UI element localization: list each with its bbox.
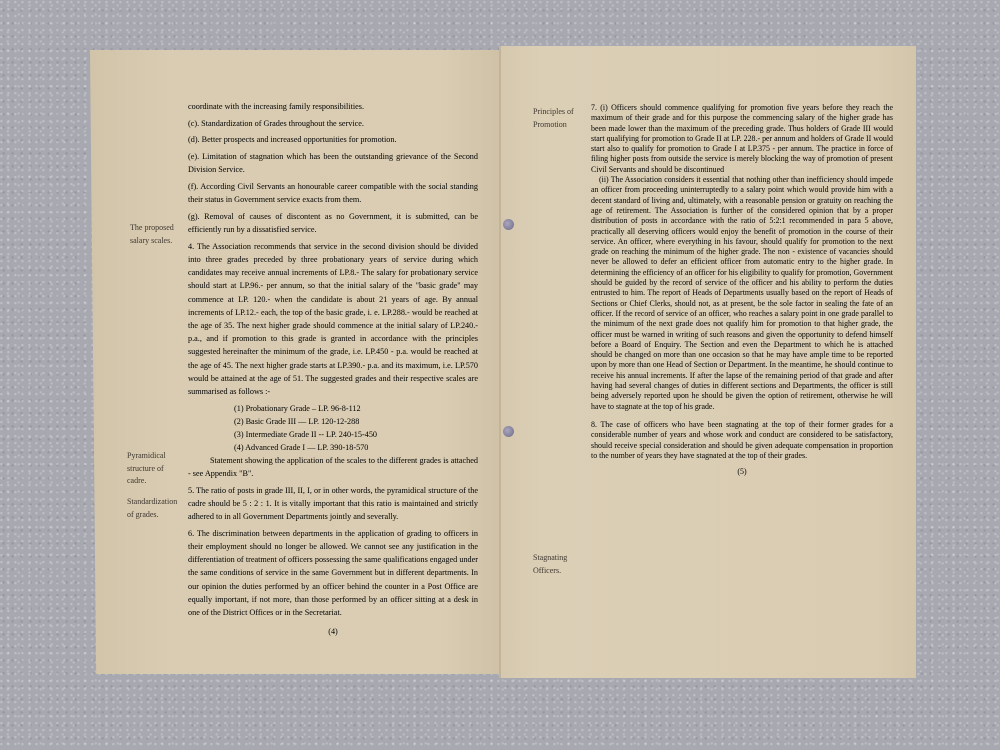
left-page-body: coordinate with the increasing family re… xyxy=(188,100,478,638)
staple-top-icon xyxy=(503,219,514,230)
grade-scale-item: (3) Intermediate Grade II -- LP. 240-15-… xyxy=(234,428,478,441)
paragraph-6: 6. The discrimination between department… xyxy=(188,527,478,619)
objective-e: (e). Limitation of stagnation which has … xyxy=(188,150,478,176)
appendix-note: Statement showing the application of the… xyxy=(188,454,478,480)
paragraph-4: 4. The Association recommends that servi… xyxy=(188,240,478,398)
page-number: (4) xyxy=(188,625,478,638)
objective-g: (g). Removal of causes of discontent as … xyxy=(188,210,478,236)
paragraph-5: 5. The ratio of posts in grade III, II, … xyxy=(188,484,478,524)
grade-scale-item: (1) Probationary Grade – LP. 96-8-112 xyxy=(234,402,478,415)
booklet-spine xyxy=(499,46,501,678)
objective-f: (f). According Civil Servants an honoura… xyxy=(188,180,478,206)
grade-scales-list: (1) Probationary Grade – LP. 96-8-112 (2… xyxy=(188,402,478,454)
right-page-body: 7. (i) Officers should commence qualifyi… xyxy=(591,103,893,477)
margin-heading-standardization: Standardization of grades. xyxy=(127,496,179,521)
grade-scale-item: (4) Advanced Grade I — LP. 390-18-570 xyxy=(234,441,478,454)
paragraph-7-i: 7. (i) Officers should commence qualifyi… xyxy=(591,103,893,175)
margin-heading-salary-scales: The proposed salary scales. xyxy=(130,222,180,247)
objective-d: (d). Better prospects and increased oppo… xyxy=(188,133,478,146)
margin-heading-pyramidical: Pyramidical structure of cadre. xyxy=(127,450,182,488)
list-continuation: coordinate with the increasing family re… xyxy=(188,100,478,113)
grade-scale-item: (2) Basic Grade III — LP. 120-12-288 xyxy=(234,415,478,428)
paragraph-8: 8. The case of officers who have been st… xyxy=(591,420,893,461)
margin-heading-stagnating: Stagnating Officers. xyxy=(533,552,583,577)
objective-c: (c). Standardization of Grades throughou… xyxy=(188,117,478,130)
paragraph-7-ii: (ii) The Association considers it essent… xyxy=(591,175,893,412)
page-number: (5) xyxy=(591,467,893,477)
staple-bottom-icon xyxy=(503,426,514,437)
margin-heading-promotion: Principles of Promotion xyxy=(533,106,588,131)
